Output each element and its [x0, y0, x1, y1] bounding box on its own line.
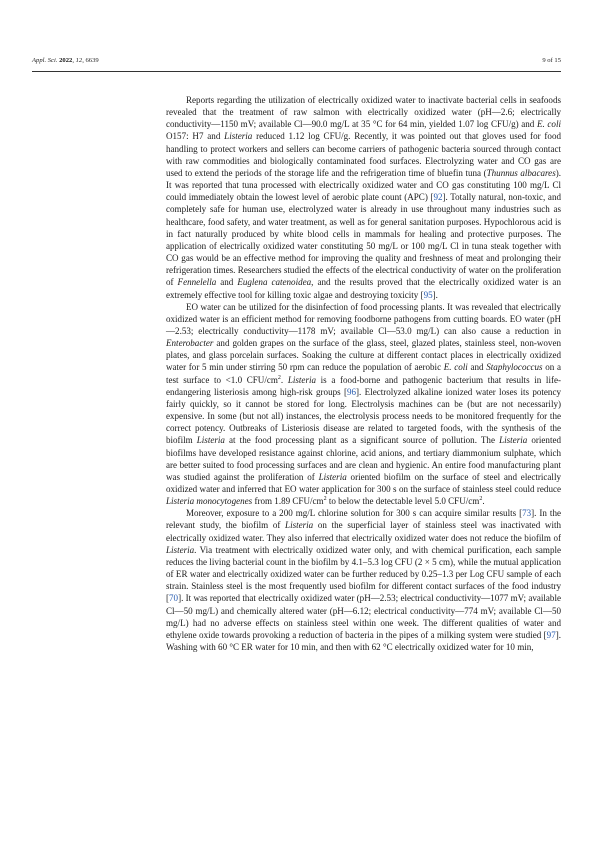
text-run: ]. — [433, 290, 438, 300]
paragraph-3: Moreover, exposure to a 200 mg/L chlorin… — [166, 507, 561, 653]
text-run: from 1.89 CFU/cm — [252, 496, 323, 506]
journal-volume: 12 — [76, 57, 83, 64]
text-run: ]. It was reported that electrically oxi… — [166, 593, 561, 639]
italic-term: Staphylococcus — [486, 362, 542, 372]
paragraph-1: Reports regarding the utilization of ele… — [166, 94, 561, 301]
text-run: to below the detectable level 5.0 CFU/cm — [327, 496, 480, 506]
text-run: and — [468, 362, 486, 372]
citation-link[interactable]: 96 — [347, 387, 356, 397]
italic-term: Listeria — [288, 375, 316, 385]
citation-link[interactable]: 95 — [424, 290, 433, 300]
italic-term: Thunnus albacares — [487, 168, 556, 178]
text-run: ]. Totally natural, non-toxic, and compl… — [166, 192, 561, 287]
italic-term: Listeria — [197, 435, 225, 445]
italic-term: E. coli — [537, 119, 561, 129]
journal-citation: Appl. Sci. 2022, 12, 6639 — [32, 57, 99, 64]
page-number: 9 of 15 — [542, 57, 561, 64]
running-header: Appl. Sci. 2022, 12, 6639 9 of 15 — [32, 54, 561, 68]
italic-term: Fennelella — [178, 277, 217, 287]
citation-link[interactable]: 97 — [547, 630, 556, 640]
body-text: Reports regarding the utilization of ele… — [166, 94, 561, 653]
italic-term: Listeria — [499, 435, 527, 445]
italic-term: Listeria — [166, 545, 194, 555]
italic-term: Euglena catenoidea — [237, 277, 311, 287]
journal-abbrev: Appl. Sci. — [32, 57, 57, 64]
citation-link[interactable]: 92 — [433, 192, 442, 202]
italic-term: Listeria monocytogenes — [166, 496, 252, 506]
italic-term: Listeria — [285, 520, 313, 530]
italic-term: Listeria — [224, 131, 252, 141]
article-number: 6639 — [86, 57, 99, 64]
text-run: Moreover, exposure to a 200 mg/L chlorin… — [186, 508, 522, 518]
text-run: at the food processing plant as a signif… — [225, 435, 499, 445]
paragraph-2: EO water can be utilized for the disinfe… — [166, 301, 561, 508]
citation-link[interactable]: 73 — [522, 508, 531, 518]
italic-term: Listeria — [319, 472, 347, 482]
text-run: EO water can be utilized for the disinfe… — [166, 302, 561, 336]
journal-year: 2022 — [59, 57, 72, 64]
header-rule — [32, 71, 561, 72]
italic-term: Enterobacter — [166, 338, 213, 348]
paper-page: Appl. Sci. 2022, 12, 6639 9 of 15 Report… — [0, 0, 595, 842]
text-run: and — [216, 277, 237, 287]
citation-link[interactable]: 70 — [169, 593, 178, 603]
text-run: . — [281, 375, 288, 385]
text-run: Reports regarding the utilization of ele… — [166, 95, 561, 129]
italic-term: E. coli — [444, 362, 468, 372]
text-run: . — [482, 496, 484, 506]
text-run: O157: H7 and — [166, 131, 224, 141]
